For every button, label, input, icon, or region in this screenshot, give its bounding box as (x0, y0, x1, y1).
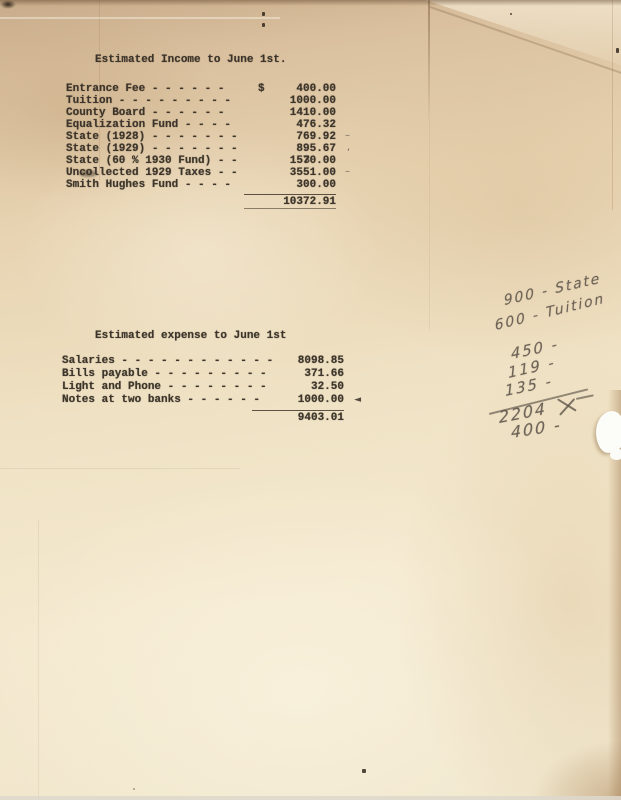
paper-corner-mark (0, 0, 16, 9)
expense-row-notes-at-banks: Notes at two banks - - - - - - 1000.00◄ (62, 394, 344, 407)
row-amount: 371.66 (304, 368, 344, 380)
paper-crease (612, 0, 613, 210)
income-row-tuition: Tuition - - - - - - - - - 1000.00 (66, 95, 336, 107)
expense-section: Estimated expense to June 1st Salaries -… (62, 330, 344, 424)
scanner-bottom-edge (0, 796, 621, 800)
row-amount: 8098.85 (298, 355, 344, 367)
paper-light-fold (370, 0, 621, 105)
row-amount: 1000.00 (298, 394, 344, 406)
row-label: Smith Hughes Fund - - - - (66, 179, 231, 191)
income-row-state-1929: State (1929) - - - - - - - 895.67, (66, 143, 336, 155)
expense-title: Estimated expense to June 1st (95, 330, 344, 342)
paper-right-edge-shadow (608, 390, 621, 800)
income-total-row: 10372.91 (66, 194, 336, 209)
row-amount: 1410.00 (290, 107, 336, 119)
income-rows: Entrance Fee - - - - - - $400.00 Tuition… (66, 83, 336, 191)
paper-top-edge-shadow (0, 0, 621, 6)
paper-corner-shadow (531, 740, 621, 800)
pencil-arrow-mark: ◄ (354, 394, 361, 407)
row-amount: 1570.00 (290, 155, 336, 167)
ink-speck (510, 13, 512, 15)
row-amount: 1000.00 (290, 95, 336, 107)
paper-tear (596, 411, 621, 453)
overstruck-digit: 3 (303, 155, 310, 167)
row-label: Light and Phone - - - - - - - - (62, 381, 267, 393)
row-label: State (1929) - - - - - - - (66, 143, 238, 155)
ink-speck (262, 23, 265, 27)
paper-crease (0, 17, 280, 19)
ink-speck (362, 769, 366, 773)
currency-symbol: $ (258, 83, 265, 95)
income-row-county-board: County Board - - - - - - 1410.00 (66, 107, 336, 119)
income-row-uncollected-taxes: Uncollected 1929 Taxes - - 3551.00– (66, 167, 336, 179)
row-label: State (60 % 1930 Fund) - - (66, 155, 238, 167)
paper-crease (429, 120, 430, 330)
row-amount: 300.00 (296, 179, 336, 191)
row-label: Equalization Fund - - - - (66, 119, 231, 131)
paper-crease (38, 520, 39, 800)
row-label: Tuition - - - - - - - - - (66, 95, 231, 107)
income-section: Estimated Income to June 1st. Entrance F… (66, 54, 336, 209)
ink-speck (262, 12, 265, 16)
paper-crease (0, 468, 240, 469)
expense-row-light-and-phone: Light and Phone - - - - - - - - 32.50 (62, 381, 344, 394)
ink-speck (616, 48, 619, 53)
row-amount: 476.32 (296, 119, 336, 131)
pencil-mark: , (347, 142, 350, 154)
paper-crease (430, 6, 621, 74)
expense-row-bills-payable: Bills payable - - - - - - - - - 371.66 (62, 368, 344, 381)
row-amount: 32.50 (311, 381, 344, 393)
row-label: Bills payable - - - - - - - - - (62, 368, 267, 380)
row-amount: 3551.00 (290, 167, 336, 179)
expense-row-salaries: Salaries - - - - - - - - - - - - 8098.85 (62, 355, 344, 368)
row-label: Notes at two banks - - - - - - (62, 394, 260, 406)
ink-speck (133, 788, 135, 790)
row-amount: 400.00 (296, 83, 336, 95)
paper-tear (610, 449, 621, 460)
row-label: Entrance Fee - - - - - - (66, 83, 224, 95)
income-title: Estimated Income to June 1st. (95, 54, 336, 66)
row-amount: 769.92 (296, 131, 336, 143)
pencil-mark: – (345, 166, 350, 178)
row-label: County Board - - - - - - (66, 107, 224, 119)
income-row-state-1928: State (1928) - - - - - - - 769.92– (66, 131, 336, 143)
pencil-mark: – (345, 130, 350, 142)
row-label: Salaries - - - - - - - - - - - - (62, 355, 273, 367)
expense-total: 9403.01 (252, 410, 344, 424)
income-total: 10372.91 (244, 194, 336, 209)
income-row-smith-hughes: Smith Hughes Fund - - - - 300.00 (66, 179, 336, 191)
pencil-dash (576, 394, 594, 399)
row-label: State (1928) - - - - - - - (66, 131, 238, 143)
expense-rows: Salaries - - - - - - - - - - - - 8098.85… (62, 355, 344, 407)
income-row-entrance-fee: Entrance Fee - - - - - - $400.00 (66, 83, 336, 95)
row-amount: 895.67 (296, 143, 336, 155)
scanned-document-page: Estimated Income to June 1st. Entrance F… (0, 0, 621, 800)
income-row-equalization-fund: Equalization Fund - - - - 476.32 (66, 119, 336, 131)
paper-crease (428, 0, 430, 120)
typewriter-overstrike-blot (79, 170, 97, 177)
income-row-state-1930-fund: State (60 % 1930 Fund) - - 1570.003 (66, 155, 336, 167)
expense-total-row: 9403.01 (62, 410, 344, 424)
